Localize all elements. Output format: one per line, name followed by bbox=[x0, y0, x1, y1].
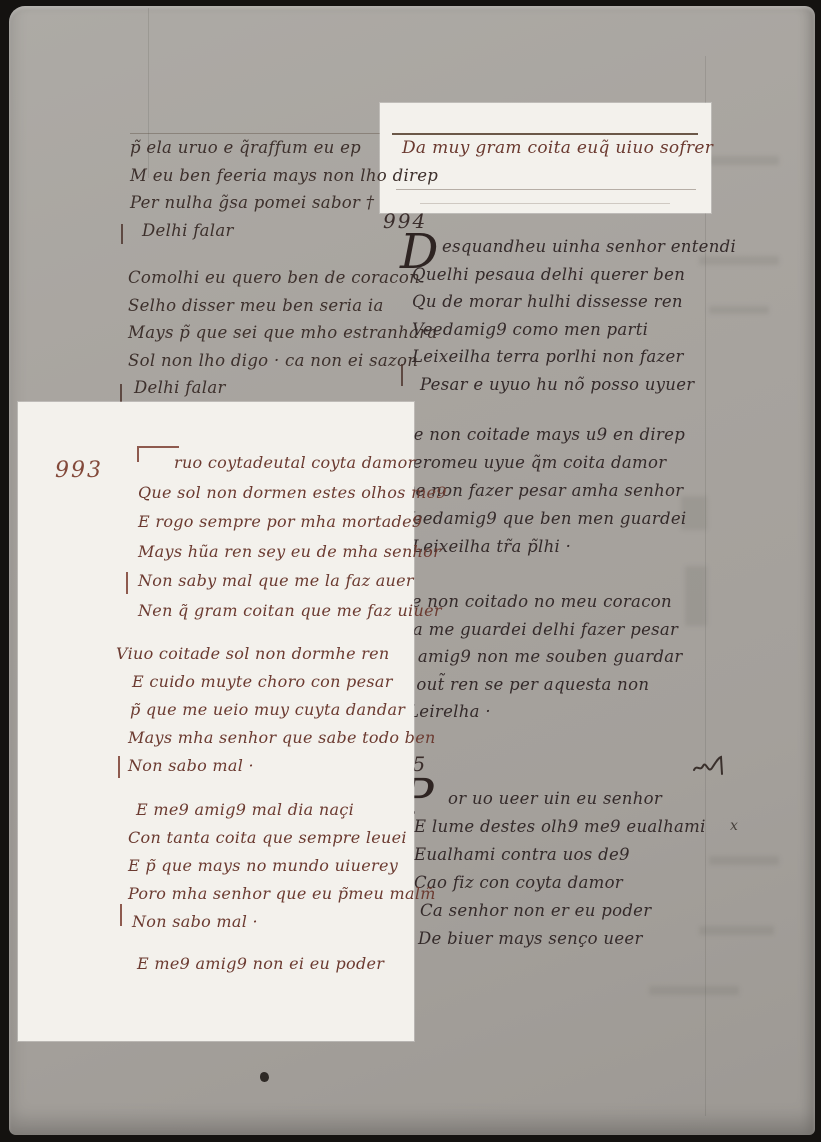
stanza: ruo coytadeutal coyta damor Que sol non … bbox=[138, 448, 447, 625]
stanza: esquandheu uinha senhor entendi Quelhi p… bbox=[412, 233, 736, 398]
verse-line: Quelhi pesaua delhi querer ben bbox=[412, 261, 736, 289]
ink-blot-icon bbox=[260, 1072, 269, 1082]
verse-line: M eu ben feeria mays non lho direp bbox=[130, 162, 438, 190]
highlight-poem-993[interactable]: 993 ruo coytadeutal coyta damor Que sol … bbox=[18, 402, 414, 1041]
verse-line: Selho disser meu ben seria ia bbox=[128, 292, 437, 320]
verse-line: Mays hũa ren sey eu de mha senhor bbox=[138, 537, 447, 567]
verse-line: p̃ out̃ ren se per aquesta non bbox=[400, 671, 683, 699]
verse-line: E lume destes olh9 me9 eualhami bbox=[414, 813, 706, 841]
verse-line: Leirelha · bbox=[400, 698, 683, 726]
verse-line: Qu de morar hulhi dissesse ren bbox=[412, 288, 736, 316]
corner-bracket-icon bbox=[120, 904, 130, 926]
verse-line: Nen q̃ gram coitan que me faz uiuer bbox=[138, 596, 447, 626]
verse-line: Eualhami contra uos de9 bbox=[414, 841, 706, 869]
verse-line: E me9 amig9 non ei eu poder bbox=[137, 950, 384, 978]
stanza: Viuo coitade sol non dormhe ren E cuido … bbox=[116, 640, 436, 780]
poem-number-993: 993 bbox=[55, 458, 103, 483]
verse-line: Cao fiz con coyta damor bbox=[414, 869, 706, 897]
manuscript-scan: Da muy gram coita euq̃ uiuo sofrer p̃ el… bbox=[0, 0, 821, 1142]
verse-line: esquandheu uinha senhor entendi bbox=[412, 233, 736, 261]
bleedthrough-smudge bbox=[685, 566, 707, 626]
stanza: E me9 amig9 non ei eu poder bbox=[137, 950, 384, 978]
bleedthrough-smudge bbox=[699, 926, 774, 935]
verse-line: E p̃ que mays no mundo uiuerey bbox=[128, 852, 436, 880]
verse-line: p̃ que me ueio muy cuyta dandar bbox=[116, 696, 436, 724]
verse-line: Con tanta coita que sempre leuei bbox=[128, 824, 436, 852]
verse-line: or uo ueer uin eu senhor bbox=[414, 785, 706, 813]
verse-line: Leixeilha terra porlhi non fazer bbox=[412, 343, 736, 371]
stanza: Comolhi eu quero ben de coracon Selho di… bbox=[128, 264, 437, 402]
corner-bracket-icon bbox=[121, 224, 133, 244]
verse-line: Non saby mal que me la faz auer bbox=[138, 566, 447, 596]
verse-line: Non sabo mal · bbox=[128, 908, 436, 936]
verse-line: Veedamig9 como men parti bbox=[412, 316, 736, 344]
bleedthrough-smudge bbox=[709, 856, 779, 865]
verse-line: Non sabo mal · bbox=[116, 752, 436, 780]
verse-line: Se non coitade mays u9 en direp bbox=[402, 421, 686, 449]
refrain-line: Da muy gram coita euq̃ uiuo sofrer bbox=[402, 131, 713, 165]
verse-line: Sol non lho digo · ca non ei sazon bbox=[128, 347, 437, 375]
verse-line: p̃ ela uruo e q̃raffum eu ep bbox=[130, 134, 438, 162]
margin-x-mark: x bbox=[730, 818, 738, 834]
bleedthrough-smudge bbox=[709, 156, 779, 165]
corner-bracket-icon bbox=[118, 756, 128, 778]
stanza: or uo ueer uin eu senhor E lume destes o… bbox=[414, 785, 706, 953]
verse-line: Delhi falar bbox=[128, 374, 437, 402]
verse-line: E amig9 non me souben guardar bbox=[400, 643, 683, 671]
verse-line: Mays mha senhor que sabe todo ben bbox=[116, 724, 436, 752]
verse-line: De biuer mays senço ueer bbox=[414, 925, 706, 953]
verse-line: Pesar e uyuo hu nõ posso uyuer bbox=[412, 371, 736, 399]
stanza: E me9 amig9 mal dia naçi Con tanta coita… bbox=[128, 796, 436, 936]
verse-line: Que sol non dormen estes olhos me9 bbox=[138, 478, 447, 508]
ruling-line bbox=[420, 203, 670, 204]
bleedthrough-smudge bbox=[649, 986, 739, 995]
scribal-squiggle-icon bbox=[692, 754, 726, 778]
verse-line: Viuo coitade sol non dormhe ren bbox=[116, 640, 436, 668]
ruling-line bbox=[396, 189, 696, 190]
corner-bracket-icon bbox=[401, 364, 411, 386]
parchment-page: Da muy gram coita euq̃ uiuo sofrer p̃ el… bbox=[9, 6, 815, 1135]
verse-line: Ca senhor non er eu poder bbox=[414, 897, 706, 925]
verse-line: Poro mha senhor que eu p̃meu malm̃ bbox=[128, 880, 436, 908]
corner-bracket-icon bbox=[120, 384, 132, 404]
verse-line: Mays p̃ que sei que mho estranhara bbox=[128, 319, 437, 347]
verse-line: ruo coytadeutal coyta damor bbox=[138, 448, 447, 478]
corner-bracket-icon bbox=[126, 572, 136, 594]
verse-line: Comolhi eu quero ben de coracon bbox=[128, 264, 437, 292]
verse-line: E cuido muyte choro con pesar bbox=[116, 668, 436, 696]
verse-line: E rogo sempre por mha mortade9 bbox=[138, 507, 447, 537]
verse-line: E me9 amig9 mal dia naçi bbox=[128, 796, 436, 824]
